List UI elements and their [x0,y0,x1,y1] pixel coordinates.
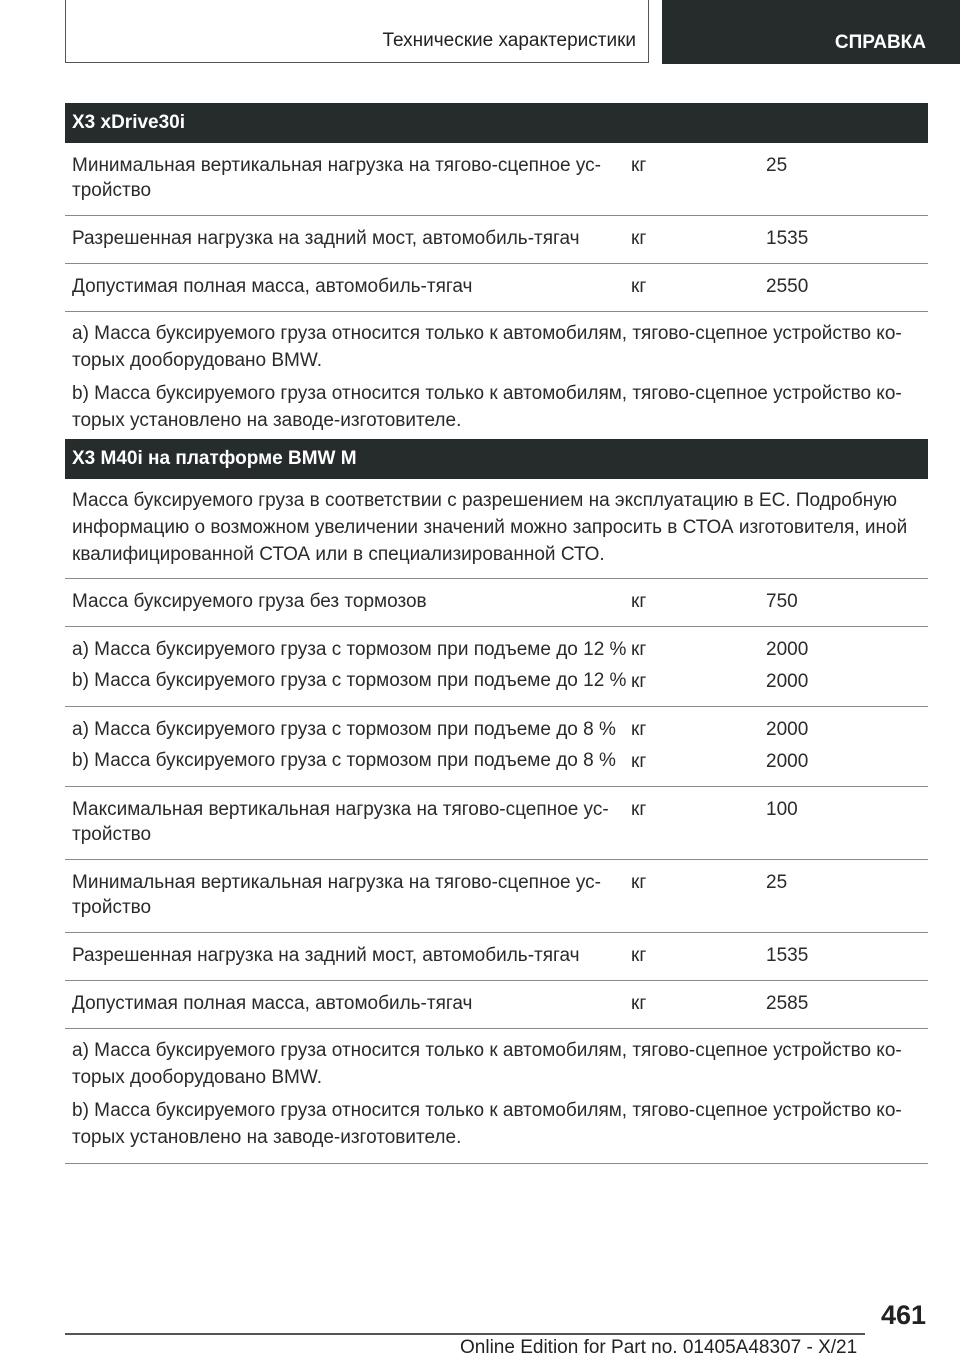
table-row: Максимальная вертикальная нагрузка на тя… [65,787,928,860]
footnote-a: a) Масса буксируемого груза относится то… [72,1037,921,1091]
row-label: Масса буксируемого груза без тормозов [65,589,631,614]
section-intro: Масса буксируемого груза в соответствии … [65,479,928,579]
row-value: 25 [766,870,928,920]
section-title: X3 xDrive30i [65,103,928,143]
spec-section-xdrive30i: X3 xDrive30i Минимальная вертикальная на… [65,103,928,447]
row-values: 2000 2000 [766,717,928,774]
header-section-label: Технические характеристики [65,0,649,63]
table-row-multi: a) Масса буксируемого груза с тормозом п… [65,707,928,787]
table-row: Разрешенная нагрузка на задний мост, авт… [65,216,928,264]
row-label: Допустимая полная масса, автомобиль-тяга… [65,991,631,1016]
table-row: Допустимая полная масса, автомобиль-тяга… [65,264,928,312]
row-label: Минимальная вертикальная нагрузка на тяг… [65,870,631,920]
row-label: Минимальная вертикальная нагрузка на тяг… [65,153,631,203]
row-unit: кг [631,943,766,968]
row-value: 100 [766,797,928,847]
table-row: Разрешенная нагрузка на задний мост, авт… [65,933,928,981]
row-unit-a: кг [631,717,766,742]
row-label-a: a) Масса буксируемого груза с тормозом п… [72,717,627,742]
footnotes: a) Масса буксируемого груза относится то… [65,312,928,447]
row-value-a: 2000 [766,717,928,742]
row-label: Максимальная вертикальная нагрузка на тя… [65,797,631,847]
table-row-multi: a) Масса буксируемого груза с тормозом п… [65,627,928,707]
row-label-a: a) Масса буксируемого груза с тормозом п… [72,637,627,662]
row-labels: a) Масса буксируемого груза с тормозом п… [65,637,631,694]
row-unit: кг [631,274,766,299]
footnotes: a) Масса буксируемого груза относится то… [65,1029,928,1164]
row-label-b: b) Масса буксируемого груза с тормозом п… [72,668,627,693]
row-label: Допустимая полная масса, автомобиль-тяга… [65,274,631,299]
row-value: 2550 [766,274,928,299]
section-title: X3 M40i на платформе BMW M [65,439,928,479]
row-units: кг кг [631,717,766,774]
footnote-b: b) Масса буксируемого груза относится то… [72,1097,921,1151]
table-row: Минимальная вертикальная нагрузка на тяг… [65,860,928,933]
section-label-text: Технические характеристики [382,30,636,52]
footnote-a: a) Масса буксируемого груза относится то… [72,320,921,374]
chapter-label-text: СПРАВКА [835,32,926,54]
row-value-a: 2000 [766,637,928,662]
footer-divider [65,1333,865,1335]
footnote-b: b) Масса буксируемого груза относится то… [72,380,921,434]
row-value: 750 [766,589,928,614]
row-value-b: 2000 [766,669,928,694]
header-chapter-tab: СПРАВКА [662,0,960,64]
row-label: Разрешенная нагрузка на задний мост, авт… [65,943,631,968]
row-unit: кг [631,797,766,847]
edition-text: Online Edition for Part no. 01405A48307 … [460,1337,857,1359]
spec-section-m40i: X3 M40i на платформе BMW M Масса буксиру… [65,439,928,1164]
row-unit: кг [631,991,766,1016]
row-value-b: 2000 [766,749,928,774]
table-row: Масса буксируемого груза без тормозов кг… [65,579,928,627]
row-labels: a) Масса буксируемого груза с тормозом п… [65,717,631,774]
row-unit-b: кг [631,749,766,774]
row-unit: кг [631,226,766,251]
row-value: 2585 [766,991,928,1016]
page-number: 461 [881,1300,926,1331]
row-unit: кг [631,589,766,614]
table-row: Допустимая полная масса, автомобиль-тяга… [65,981,928,1029]
row-label: Разрешенная нагрузка на задний мост, авт… [65,226,631,251]
row-label-b: b) Масса буксируемого груза с тормозом п… [72,748,627,773]
row-value: 1535 [766,226,928,251]
row-value: 25 [766,153,928,203]
row-unit-a: кг [631,637,766,662]
row-values: 2000 2000 [766,637,928,694]
row-unit: кг [631,870,766,920]
row-unit-b: кг [631,669,766,694]
table-row: Минимальная вертикальная нагрузка на тяг… [65,143,928,216]
row-units: кг кг [631,637,766,694]
row-unit: кг [631,153,766,203]
row-value: 1535 [766,943,928,968]
